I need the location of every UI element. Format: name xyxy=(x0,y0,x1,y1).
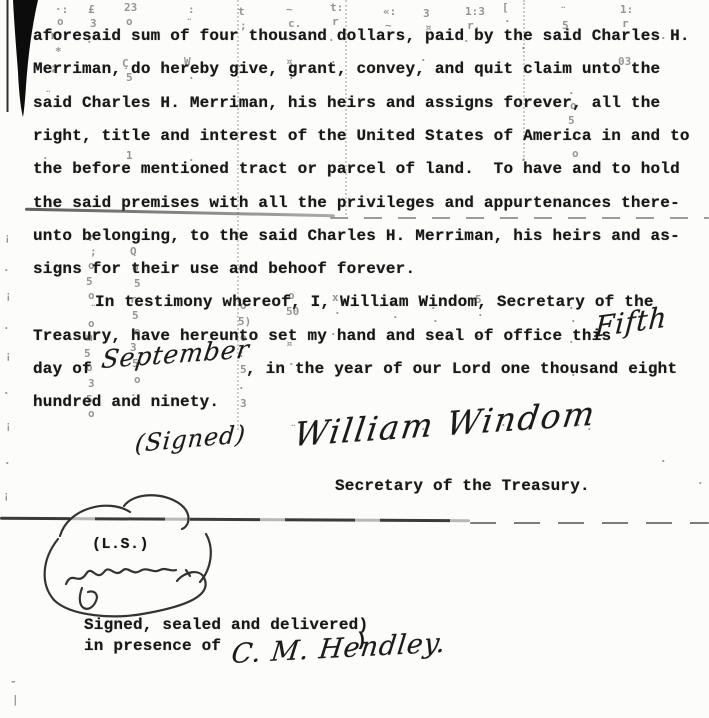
deed-line-12: hundred and ninety. xyxy=(33,394,219,410)
signature-william-windom: William Windom xyxy=(292,396,598,451)
ghost-bleedthrough-mark: [ xyxy=(502,2,509,13)
ghost-bleedthrough-mark: 1:3 xyxy=(465,6,485,17)
ghost-bleedthrough-mark: . xyxy=(660,30,667,41)
ghost-bleedthrough-mark: . xyxy=(288,322,295,333)
secretary-title-line: Secretary of the Treasury. xyxy=(335,478,590,494)
ghost-bleedthrough-mark: ¡ xyxy=(3,490,10,501)
ghost-bleedthrough-mark: 03 xyxy=(618,56,631,67)
ghost-bleedthrough-mark: e xyxy=(238,262,245,273)
ghost-bleedthrough-mark: . xyxy=(330,54,337,65)
signature-cm-hendley: C. M. Hendley. xyxy=(230,630,448,668)
ghost-bleedthrough-mark: c. xyxy=(288,18,301,29)
ghost-bleedthrough-mark: ¨ xyxy=(290,424,297,435)
ghost-bleedthrough-mark: 5 xyxy=(134,278,141,289)
crease-line-upper-right xyxy=(330,217,709,219)
ghost-bleedthrough-mark: o xyxy=(86,362,93,373)
ghost-bleedthrough-mark: o xyxy=(126,16,133,27)
ghost-bleedthrough-mark: · xyxy=(420,55,427,66)
ghost-bleedthrough-mark: W xyxy=(184,56,191,67)
ghost-bleedthrough-mark: 3 xyxy=(88,378,95,389)
ghost-bleedthrough-mark: . xyxy=(236,58,243,69)
ghost-bleedthrough-mark: · xyxy=(130,390,137,401)
ghost-bleedthrough-mark: o xyxy=(88,260,95,271)
ghost-bleedthrough-mark: · xyxy=(504,16,511,27)
crease-line-lower-right xyxy=(470,522,709,524)
ghost-bleedthrough-mark: o xyxy=(88,318,95,329)
seal-flourish xyxy=(36,484,246,629)
ghost-bleedthrough-mark: · xyxy=(334,308,341,319)
ghost-bleedthrough-mark: 5 xyxy=(132,358,139,369)
ghost-bleedthrough-mark: ¡ xyxy=(5,350,12,361)
ghost-bleedthrough-mark: ¤ xyxy=(286,56,293,67)
ghost-bleedthrough-mark: ¨ xyxy=(560,6,567,17)
deed-line-11b: , in the year of our Lord one thousand e… xyxy=(246,361,677,377)
ghost-bleedthrough-mark: : xyxy=(188,4,195,15)
ghost-bleedthrough-mark: . xyxy=(568,300,575,311)
ghost-bleedthrough-mark: ~ xyxy=(385,20,392,31)
ghost-bleedthrough-mark: * xyxy=(55,46,62,57)
ghost-bleedthrough-mark: . xyxy=(4,455,11,466)
ghost-bleedthrough-mark: ; xyxy=(90,246,97,257)
ghost-bleedthrough-mark: ¤ xyxy=(425,22,432,33)
ghost-bleedthrough-mark: ¨ xyxy=(90,304,97,315)
ghost-bleedthrough-mark: r. xyxy=(467,20,480,31)
ghost-bleedthrough-mark: «: xyxy=(383,6,396,17)
ghost-bleedthrough-mark: 5 xyxy=(475,294,482,305)
ghost-bleedthrough-mark: . xyxy=(330,326,337,337)
ghost-bleedthrough-mark: £ xyxy=(88,4,95,15)
ghost-bleedthrough-mark: · xyxy=(570,316,577,327)
ghost-bleedthrough-mark: · xyxy=(284,34,291,45)
handwritten-signed-label: (Signed) xyxy=(134,422,247,456)
ghost-bleedthrough-mark: m xyxy=(86,332,93,343)
ghost-bleedthrough-mark: 5 xyxy=(132,310,139,321)
ghost-bleedthrough-mark: ¤ xyxy=(286,338,293,349)
ghost-bleedthrough-mark: · xyxy=(660,456,667,467)
seal-ls-label: (L.S.) xyxy=(92,536,149,553)
ghost-bleedthrough-mark: o xyxy=(132,262,139,273)
ghost-bleedthrough-mark: . xyxy=(328,32,335,43)
scanned-deed-page: (L.S.) aforesaid sum of four thousand do… xyxy=(0,0,709,718)
ghost-bleedthrough-mark: 5) xyxy=(238,316,251,327)
ghost-bleedthrough-mark: o xyxy=(240,332,247,343)
witness-clause-line-2: in presence of xyxy=(84,638,221,654)
ghost-bleedthrough-mark: o xyxy=(572,148,579,159)
deed-line-1: aforesaid sum of four thousand dollars, … xyxy=(33,28,690,44)
ghost-bleedthrough-mark: 5 xyxy=(84,348,91,359)
ghost-bleedthrough-mark: 5 xyxy=(240,364,247,375)
ghost-bleedthrough-mark: ; xyxy=(240,20,247,31)
ghost-bleedthrough-mark: ¨ xyxy=(186,18,193,29)
ghost-bleedthrough-mark: · xyxy=(500,420,507,431)
ghost-bleedthrough-mark: x xyxy=(332,292,339,303)
ghost-bleedthrough-mark: . xyxy=(188,70,195,81)
ghost-bleedthrough-mark: ¨ xyxy=(45,90,52,101)
deed-line-6: the said premises with all the privilege… xyxy=(33,195,680,211)
ghost-bleedthrough-mark: r xyxy=(332,16,339,27)
ghost-bleedthrough-mark: ·: xyxy=(55,4,68,15)
deed-line-3: said Charles H. Merriman, his heirs and … xyxy=(33,95,660,111)
ghost-bleedthrough-mark: 1: xyxy=(620,4,633,15)
ghost-bleedthrough-mark: · xyxy=(432,316,439,327)
ghost-bleedthrough-mark: · xyxy=(570,370,577,381)
ghost-bleedthrough-mark: o xyxy=(88,290,95,301)
ghost-bleedthrough-mark: 3 xyxy=(240,398,247,409)
handwritten-day-fifth: Fifth xyxy=(594,303,668,342)
ghost-bleedthrough-mark: 5 xyxy=(86,394,93,405)
ghost-bleedthrough-mark: r xyxy=(622,18,629,29)
ghost-bleedthrough-mark: o xyxy=(88,408,95,419)
ghost-bleedthrough-mark: . xyxy=(3,262,10,273)
ghost-bleedthrough-mark: o xyxy=(288,290,295,301)
ghost-bleedthrough-mark: . xyxy=(3,385,10,396)
ghost-bleedthrough-mark: ¡ xyxy=(4,232,11,243)
ghost-bleedthrough-mark: 50 xyxy=(286,306,299,317)
ghost-bleedthrough-mark: . xyxy=(520,40,527,51)
ghost-bleedthrough-mark: ¡ xyxy=(5,420,12,431)
ghost-bleedthrough-mark: . xyxy=(568,85,575,96)
ghost-bleedthrough-mark: ; xyxy=(50,62,57,73)
ghost-bleedthrough-mark: . xyxy=(568,334,575,345)
ghost-bleedthrough-mark: r xyxy=(50,30,57,41)
ghost-bleedthrough-mark: . xyxy=(390,330,397,341)
ghost-bleedthrough-mark: | xyxy=(12,694,19,705)
ghost-bleedthrough-mark: ~ xyxy=(286,4,293,15)
ghost-bleedthrough-mark: 3 xyxy=(90,18,97,29)
ghost-bleedthrough-mark: 23 xyxy=(124,2,137,13)
ghost-bleedthrough-mark: . xyxy=(288,70,295,81)
ghost-bleedthrough-mark: · xyxy=(697,478,704,489)
ghost-bleedthrough-mark: Ç xyxy=(122,58,129,69)
ghost-bleedthrough-mark: · xyxy=(575,420,582,431)
deed-line-7: unto belonging, to the said Charles H. M… xyxy=(33,228,680,244)
ghost-bleedthrough-mark: r xyxy=(88,232,95,243)
witness-clause-line-1: Signed, sealed and delivered) xyxy=(84,617,368,633)
ghost-bleedthrough-mark: . xyxy=(288,356,295,367)
ghost-bleedthrough-mark: 3 xyxy=(130,342,137,353)
ghost-bleedthrough-mark: . xyxy=(390,296,397,307)
ghost-bleedthrough-mark: t xyxy=(238,6,245,17)
ghost-bleedthrough-mark: o xyxy=(570,100,577,111)
ghost-bleedthrough-mark: r xyxy=(130,294,137,305)
ghost-bleedthrough-mark: · xyxy=(477,310,484,321)
ghost-bleedthrough-mark: o xyxy=(57,16,64,27)
ghost-bleedthrough-mark: o xyxy=(134,374,141,385)
deed-line-11a: day of xyxy=(33,361,92,377)
ghost-bleedthrough-mark: 1 xyxy=(126,150,133,161)
ghost-bleedthrough-mark: . xyxy=(188,152,195,163)
ghost-bleedthrough-mark: . xyxy=(430,300,437,311)
ghost-bleedthrough-mark: ¡ xyxy=(5,290,12,301)
ghost-bleedthrough-mark: · xyxy=(392,312,399,323)
ghost-bleedthrough-mark: - xyxy=(10,676,17,687)
ghost-bleedthrough-mark: . xyxy=(475,328,482,339)
ghost-bleedthrough-mark: · xyxy=(463,36,470,47)
ghost-bleedthrough-mark: 5 xyxy=(568,115,575,126)
ghost-bleedthrough-mark: 3 xyxy=(423,8,430,19)
ghost-bleedthrough-mark: . xyxy=(86,34,93,45)
ghost-bleedthrough-mark: · xyxy=(586,424,593,435)
deed-line-5: the before mentioned tract or parcel of … xyxy=(33,161,680,177)
deed-line-10: Treasury, have hereunto set my hand and … xyxy=(33,328,611,344)
ghost-bleedthrough-mark: 5 xyxy=(86,276,93,287)
ghost-bleedthrough-mark: . xyxy=(3,320,10,331)
ghost-bleedthrough-mark: . xyxy=(42,150,49,161)
ghost-bleedthrough-mark: o xyxy=(134,326,141,337)
ghost-bleedthrough-mark: 5 xyxy=(126,72,133,83)
ghost-bleedthrough-mark: . xyxy=(240,160,247,171)
ghost-bleedthrough-mark: · xyxy=(420,424,427,435)
ghost-bleedthrough-mark: o xyxy=(240,300,247,311)
ghost-bleedthrough-mark: 5 xyxy=(562,20,569,31)
deed-line-4: right, title and interest of the United … xyxy=(33,128,690,144)
ghost-bleedthrough-mark: : xyxy=(238,348,245,359)
ghost-bleedthrough-mark: Q xyxy=(130,246,137,257)
ghost-bleedthrough-mark: t: xyxy=(330,2,343,13)
ghost-bleedthrough-mark: . xyxy=(238,380,245,391)
ghost-bleedthrough-mark: . xyxy=(570,130,577,141)
ghost-bleedthrough-mark: . xyxy=(520,152,527,163)
